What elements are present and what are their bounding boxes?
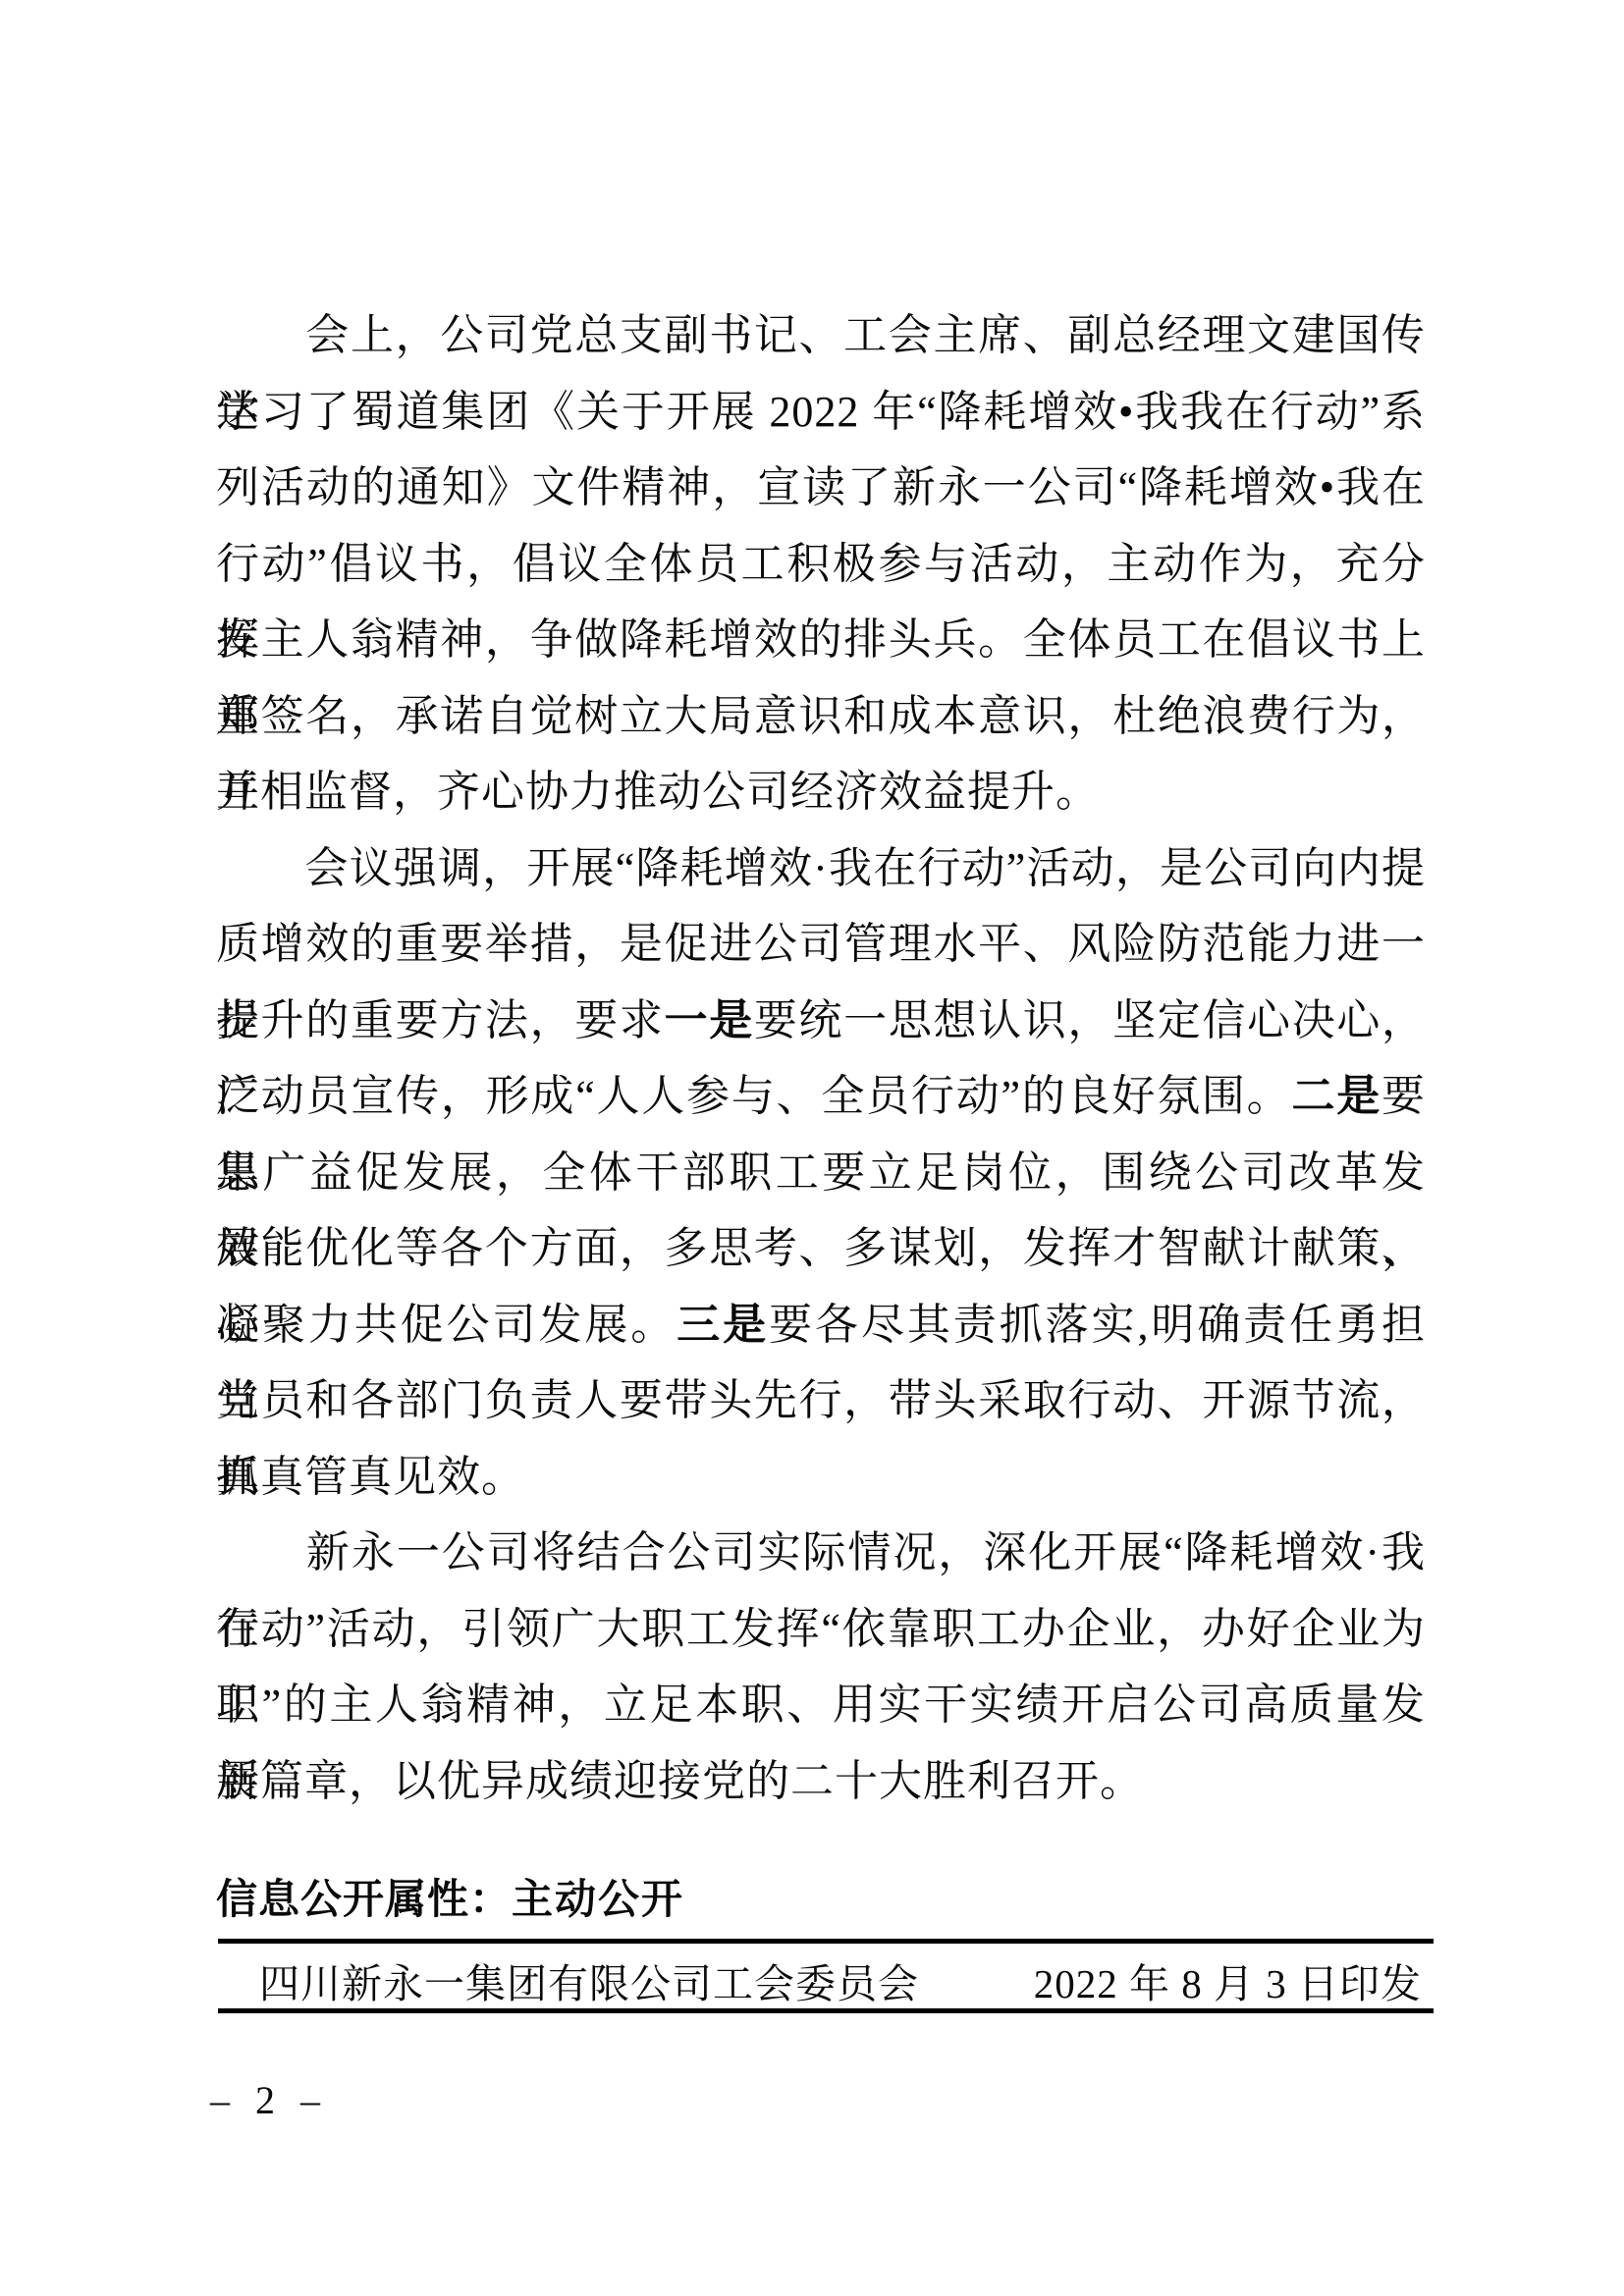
body-line: 抓真管真见效。 bbox=[216, 1439, 1426, 1516]
body-line: 挥主人翁精神，争做降耗增效的排头兵。全体员工在倡议书上郑 bbox=[216, 602, 1426, 678]
emphasis-text: 一是 bbox=[665, 996, 754, 1044]
body-line: 泛动员宣传，形成“人人参与、全员行动”的良好氛围。二是要集 bbox=[216, 1058, 1426, 1135]
issuance-row: 四川新永一集团有限公司工会委员会 2022 年 8 月 3 日印发 bbox=[218, 1961, 1434, 2006]
body-text-segment: 新篇章，以优异成绩迎接党的二十大胜利召开。 bbox=[216, 1757, 1144, 1805]
separator-rule-bottom bbox=[218, 2008, 1434, 2013]
body-text-segment: 学习了蜀道集团《关于开展 2022 年“降耗增效•我我在行动”系 bbox=[216, 388, 1426, 436]
body-text-segment: 心聚力共促公司发展。 bbox=[216, 1301, 677, 1349]
body-text: 会上，公司党总支副书记、工会主席、副总经理文建国传达学习了蜀道集团《关于开展 2… bbox=[216, 297, 1426, 1819]
body-line: 会上，公司党总支副书记、工会主席、副总经理文建国传达 bbox=[216, 297, 1426, 374]
page-number: – 2 – bbox=[210, 2079, 328, 2122]
body-line: 思广益促发展，全体干部职工要立足岗位，围绕公司改革发展、 bbox=[216, 1135, 1426, 1211]
body-line: 党员和各部门负责人要带头先行，带头采取行动、开源节流，真 bbox=[216, 1362, 1426, 1439]
emphasis-text: 三是 bbox=[677, 1301, 769, 1349]
body-line: 列活动的通知》文件精神，宣读了新永一公司“降耗增效•我在 bbox=[216, 450, 1426, 526]
body-line: 学习了蜀道集团《关于开展 2022 年“降耗增效•我我在行动”系 bbox=[216, 374, 1426, 451]
body-line: 行动”倡议书，倡议全体员工积极参与活动，主动作为，充分发 bbox=[216, 526, 1426, 603]
info-disclosure-label: 信息公开属性： bbox=[216, 1876, 512, 1922]
issuing-org: 四川新永一集团有限公司工会委员会 bbox=[218, 1961, 919, 2006]
body-text-segment: 抓真管真见效。 bbox=[216, 1453, 525, 1501]
body-line: 互相监督，齐心协力推动公司经济效益提升。 bbox=[216, 754, 1426, 830]
document-page: 会上，公司党总支副书记、工会主席、副总经理文建国传达学习了蜀道集团《关于开展 2… bbox=[0, 0, 1624, 2296]
body-line: 心聚力共促公司发展。三是要各尽其责抓落实,明确责任勇担当， bbox=[216, 1287, 1426, 1363]
body-line: 重签名，承诺自觉树立大局意识和成本意识，杜绝浪费行为，并 bbox=[216, 678, 1426, 755]
info-disclosure-line: 信息公开属性：主动公开 bbox=[216, 1877, 684, 1923]
body-line: 新永一公司将结合公司实际情况，深化开展“降耗增效·我在 bbox=[216, 1515, 1426, 1591]
body-line: 新篇章，以优异成绩迎接党的二十大胜利召开。 bbox=[216, 1743, 1426, 1820]
body-text-segment: 互相监督，齐心协力推动公司经济效益提升。 bbox=[216, 768, 1100, 816]
body-text-segment: 列活动的通知》文件精神，宣读了新永一公司“降耗增效•我在 bbox=[216, 463, 1426, 511]
body-text-segment: 提升的重要方法，要求 bbox=[216, 996, 665, 1044]
body-line: 工”的主人翁精神，立足本职、用实干实绩开启公司高质量发展 bbox=[216, 1667, 1426, 1743]
issue-date: 2022 年 8 月 3 日印发 bbox=[1034, 1961, 1434, 2006]
body-text-segment: 泛动员宣传，形成“人人参与、全员行动”的良好氛围。 bbox=[216, 1072, 1291, 1120]
info-disclosure-value: 主动公开 bbox=[512, 1878, 684, 1923]
body-text-segment: 会议强调，开展“降耗增效·我在行动”活动，是公司向内提 bbox=[216, 844, 1426, 892]
body-line: 效能优化等各个方面，多思考、多谋划，发挥才智献计献策，凝 bbox=[216, 1210, 1426, 1287]
body-line: 提升的重要方法，要求一是要统一思想认识，坚定信心决心，广 bbox=[216, 983, 1426, 1059]
body-line: 行动”活动，引领广大职工发挥“依靠职工办企业，办好企业为职 bbox=[216, 1591, 1426, 1668]
emphasis-text: 二是 bbox=[1291, 1072, 1381, 1120]
separator-rule-top bbox=[218, 1939, 1434, 1944]
body-line: 质增效的重要举措，是促进公司管理水平、风险防范能力进一步 bbox=[216, 906, 1426, 983]
body-line: 会议强调，开展“降耗增效·我在行动”活动，是公司向内提 bbox=[216, 830, 1426, 907]
